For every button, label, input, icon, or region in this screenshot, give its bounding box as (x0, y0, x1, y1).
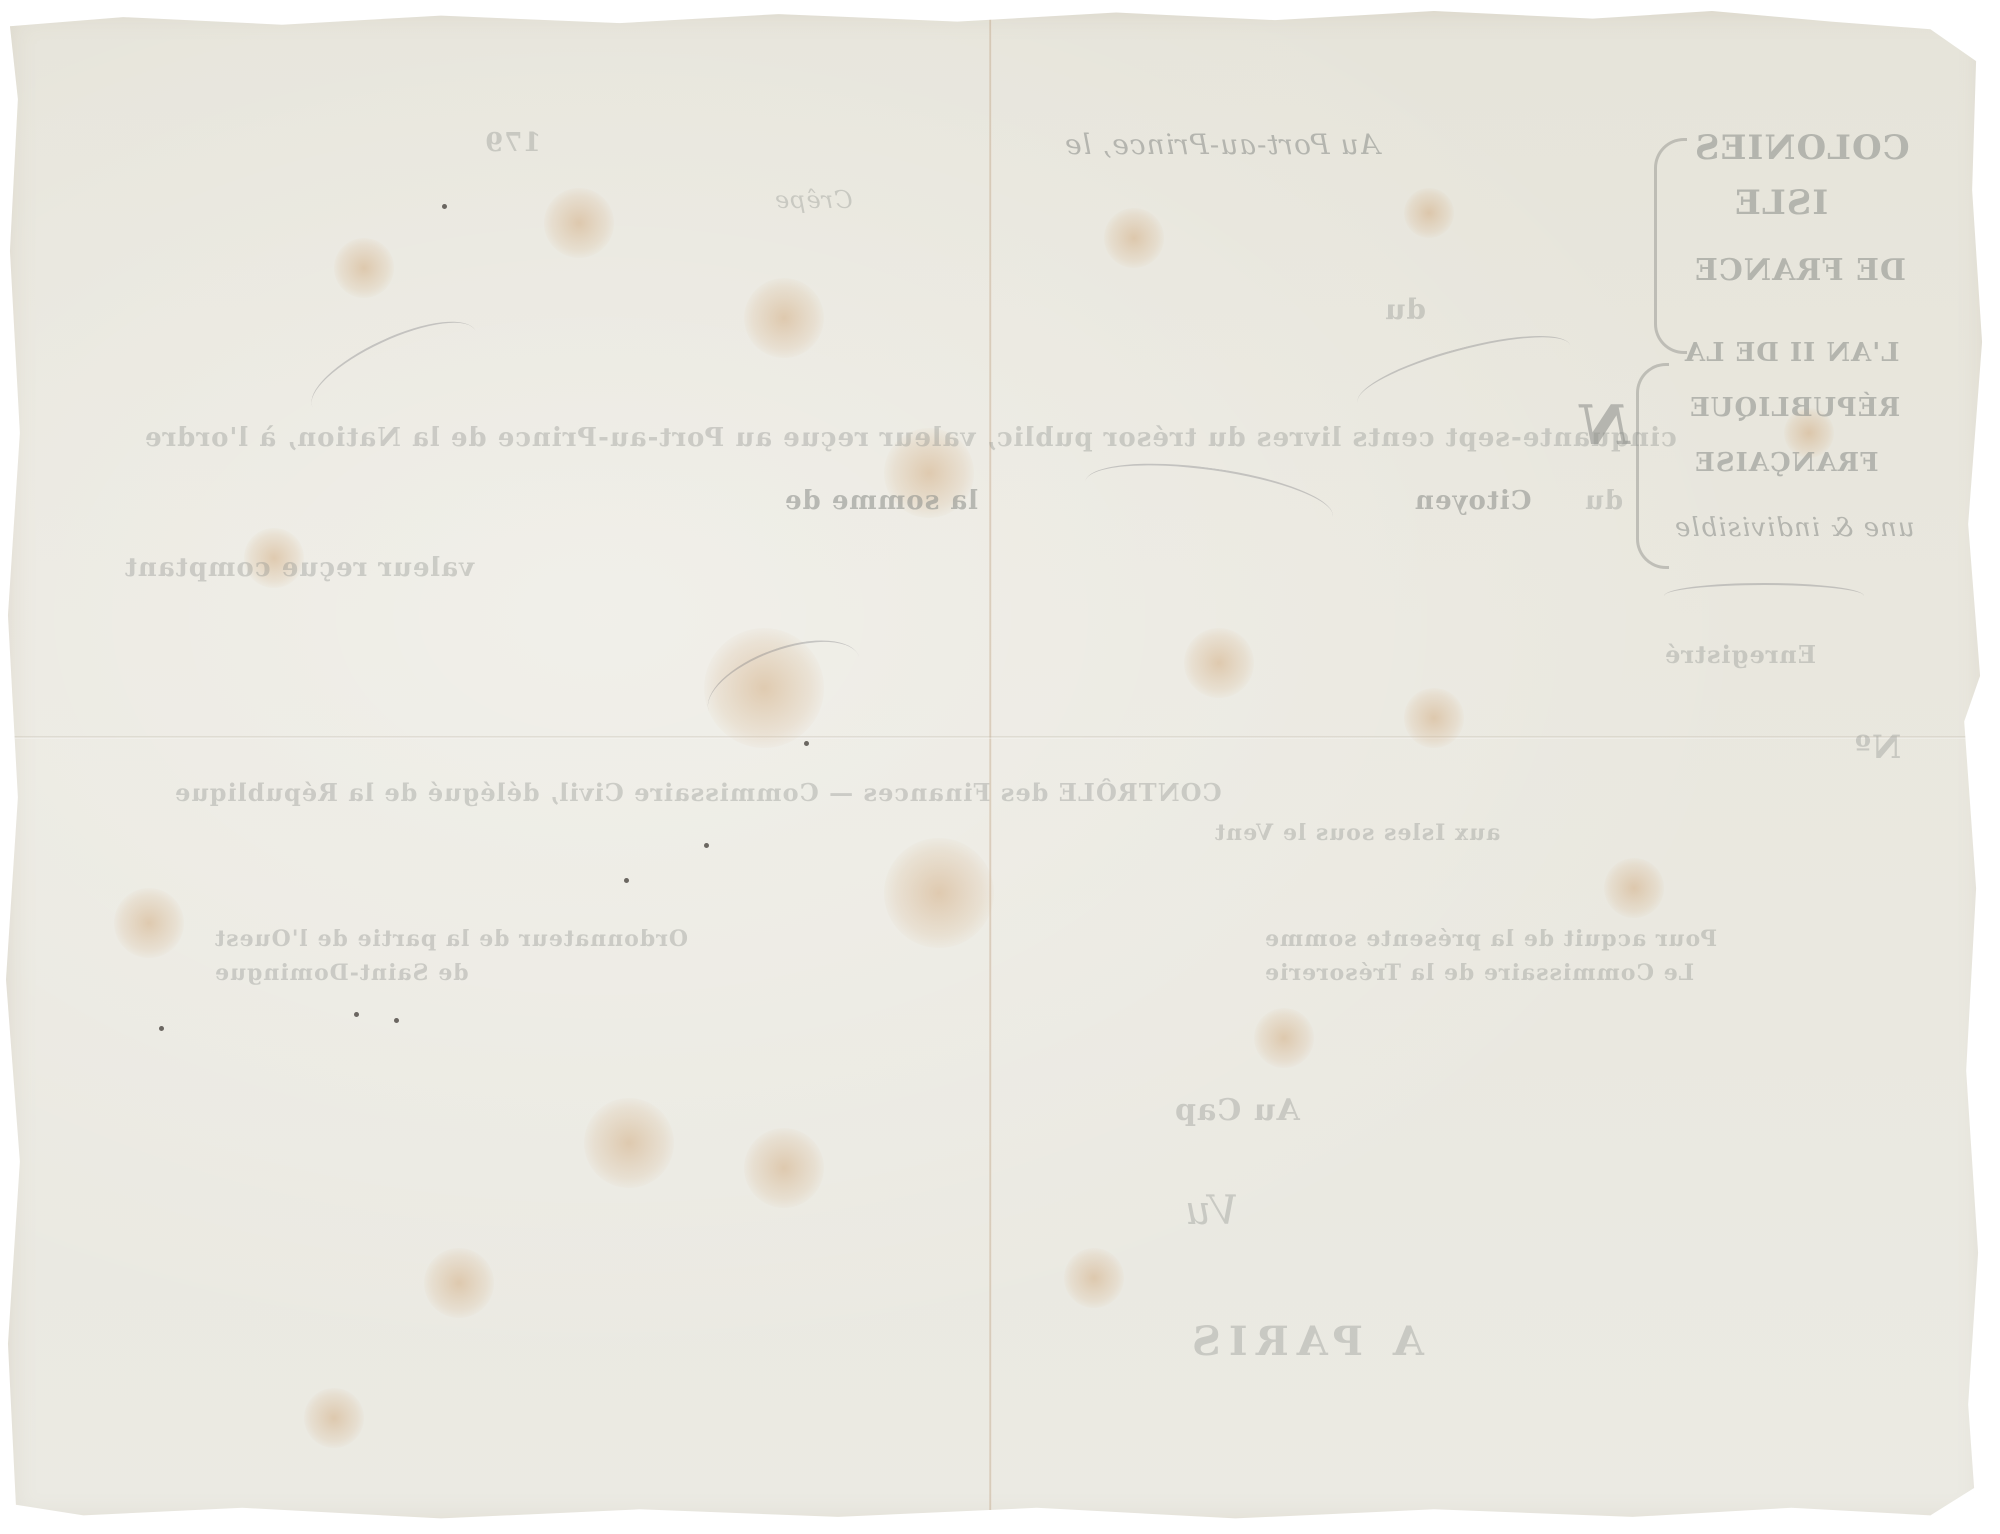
document-sheet: COLONIES ISLE DE FRANCE L'AN II DE LA RÉ… (4, 8, 1990, 1526)
foxing-stain (1184, 628, 1254, 698)
ink-speck (394, 1018, 399, 1023)
footer-fragment: Vu (1184, 1188, 1238, 1234)
foxing-stain (544, 188, 614, 258)
foxing-stain (1404, 188, 1454, 238)
middle-line-2: aux Isles sous le Vent (1214, 820, 1500, 846)
header-brace-bottom (1636, 363, 1669, 569)
handwriting-scrawl (1081, 451, 1337, 547)
lower-left-line-2: Le Commissaire de la Trésorerie (1264, 960, 1694, 986)
ink-speck (442, 204, 447, 209)
body-line-2-prefix: du (1584, 486, 1623, 516)
paper-edge-shadow (4, 8, 1990, 1526)
foxing-stain (1104, 208, 1164, 268)
registration-label: Enregistré (1664, 640, 1816, 669)
body-line-2-citizen: Citoyen (1414, 486, 1531, 516)
registration-number-label: Nº (1854, 728, 1901, 766)
header-line-francaise: FRANÇAISE (1694, 448, 1879, 478)
lower-left-line-1: Pour acquit de la présente somme (1264, 926, 1717, 952)
ink-speck (159, 1026, 164, 1031)
lower-right-line-1: Ordonnateur de la partie de l'Ouest (214, 926, 688, 952)
foxing-stain (584, 1098, 674, 1188)
lower-right-line-2: de Saint-Domingue (214, 960, 469, 986)
foxing-stain (1064, 1248, 1124, 1308)
body-line-3: valeur reçue comptant (124, 553, 474, 583)
middle-line-1: CONTRÔLE des Finances — Commissaire Civi… (174, 778, 1222, 807)
foxing-stain (1604, 858, 1664, 918)
header-line-indivisible: une & indivisible (1674, 513, 1915, 543)
top-mid-fragment: Crêpe (774, 186, 853, 214)
foxing-stain (304, 1388, 364, 1448)
ink-speck (804, 741, 809, 746)
flourish (1664, 583, 1864, 609)
foxing-stain (744, 278, 824, 358)
foxing-stain (1254, 1008, 1314, 1068)
handwriting-scrawl (1351, 320, 1577, 427)
header-line-republique: RÉPUBLIQUE (1689, 393, 1900, 423)
header-line-de-france: DE FRANCE (1694, 253, 1906, 288)
header-brace-top (1654, 138, 1687, 354)
handwriting-scrawl (299, 303, 488, 435)
foxing-stain (334, 238, 394, 298)
foxing-stain (114, 888, 184, 958)
ink-speck (624, 878, 629, 883)
horizontal-fold-line (4, 736, 1990, 739)
place-date-line: Au Port-au-Prince, le (1064, 128, 1380, 161)
body-line-1: cinquante-sept cents livres du trésor pu… (144, 423, 1677, 453)
top-left-fragment: du (1384, 293, 1426, 326)
header-line-an: L'AN II DE LA (1684, 338, 1899, 368)
footer-city: A PARIS (1184, 1318, 1424, 1365)
foxing-stain (884, 838, 994, 948)
ink-speck (354, 1012, 359, 1017)
vertical-fold-line (989, 8, 992, 1526)
header-line-colonies: COLONIES (1694, 128, 1910, 168)
year-fragment: 179 (484, 128, 541, 158)
foxing-stain (424, 1248, 494, 1318)
foxing-stain (744, 1128, 824, 1208)
ink-speck (704, 843, 709, 848)
footer-place: Au Cap (1174, 1093, 1300, 1128)
header-line-isle: ISLE (1734, 183, 1828, 223)
body-line-2-sum: la somme de (784, 486, 978, 516)
foxing-stain (1404, 688, 1464, 748)
